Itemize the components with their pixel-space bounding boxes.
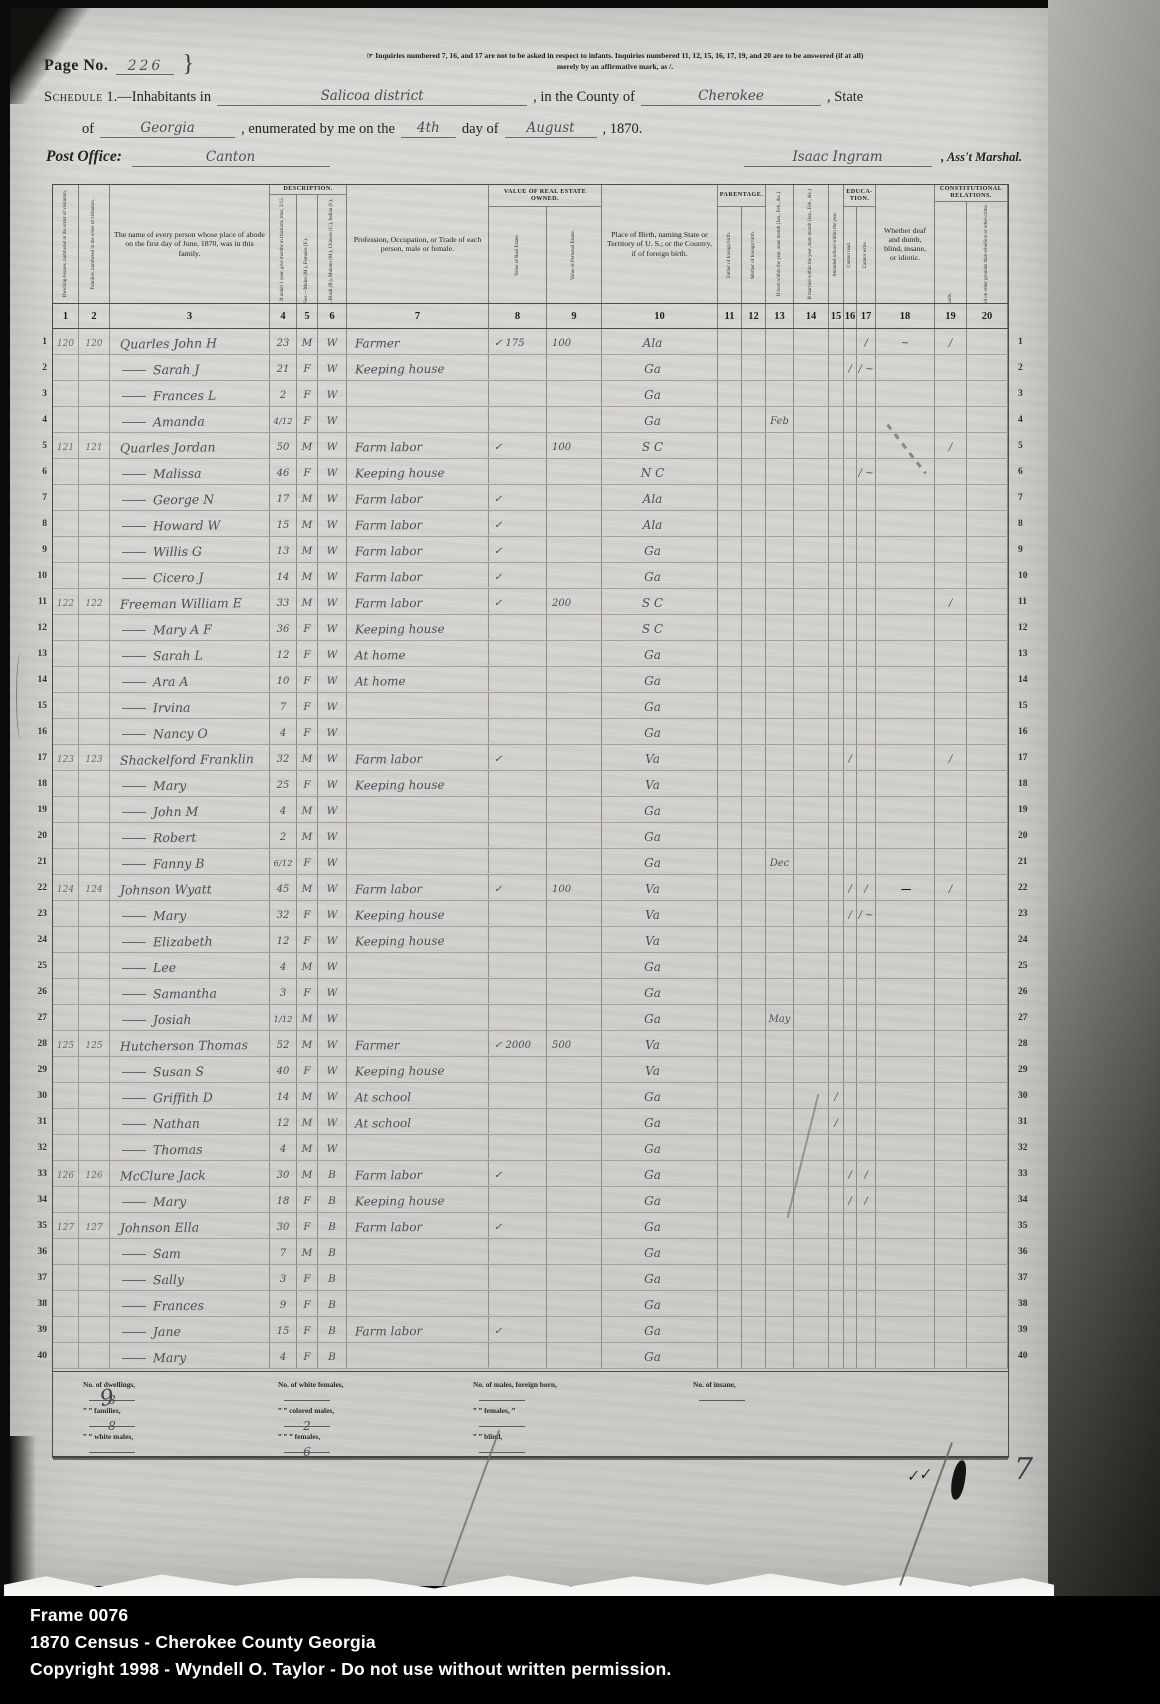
table-cell (489, 459, 547, 484)
table-cell (857, 1057, 876, 1082)
ditto-dash (122, 474, 146, 475)
table-cell (829, 511, 844, 536)
table-cell: ✓ (489, 1161, 547, 1186)
column-header-16: Cannot read. (844, 207, 857, 303)
row-number: 38 (1018, 1291, 1038, 1317)
table-row-25: Lee4MWGa (53, 953, 1008, 979)
row-number: 22 (1018, 875, 1038, 901)
table-cell (935, 1187, 967, 1212)
table-cell: F (297, 459, 318, 484)
row-number: 16 (30, 719, 47, 745)
row-number: 28 (30, 1031, 47, 1057)
table-cell (489, 719, 547, 744)
row-number: 27 (30, 1005, 47, 1031)
table-cell (829, 901, 844, 926)
table-cell (718, 563, 742, 588)
table-cell: Farm labor (347, 562, 489, 588)
table-cell: Ga (602, 1005, 718, 1030)
table-cell: 3 (270, 1265, 297, 1290)
table-cell (829, 1213, 844, 1238)
table-cell (347, 1290, 489, 1316)
table-cell (547, 1005, 602, 1030)
table-cell (844, 953, 857, 978)
person-name: Griffith D (153, 1091, 213, 1108)
table-cell (489, 1239, 547, 1264)
table-cell (876, 433, 935, 458)
table-cell: Ga (602, 693, 718, 718)
table-cell (79, 1005, 110, 1030)
table-cell: Ga (602, 797, 718, 822)
table-cell (829, 563, 844, 588)
table-cell (547, 459, 602, 484)
table-cell (742, 1343, 766, 1368)
table-cell: M (297, 1239, 318, 1264)
table-cell: M (297, 433, 318, 458)
table-cell (718, 1187, 742, 1212)
table-cell: / (935, 589, 967, 614)
table-cell (844, 1109, 857, 1134)
summary-label: ” ” colored males, (278, 1406, 334, 1415)
table-cell: Ga (602, 1265, 718, 1290)
summary-item: No. of males, foreign born, (473, 1380, 557, 1407)
table-cell (718, 1317, 742, 1342)
table-cell (742, 979, 766, 1004)
person-name: Samantha (153, 987, 217, 1004)
row-number: 36 (1018, 1239, 1038, 1265)
row-number: 33 (1018, 1161, 1038, 1187)
post-office-blank: Canton (132, 149, 330, 167)
table-cell: 2 (270, 823, 297, 848)
table-cell: Keeping house (347, 1056, 489, 1082)
table-cell: 40 (270, 1057, 297, 1082)
person-name: John M (153, 805, 199, 822)
note-line2: merely by an affirmative mark, as /. (557, 62, 673, 71)
year-label: , 1870. (603, 121, 643, 138)
table-cell (967, 901, 1008, 926)
row-number: 24 (30, 927, 47, 953)
row-number: 38 (30, 1291, 47, 1317)
scan-edge-shade (1048, 0, 1160, 1600)
census-table: Dwelling-houses, numbered in the order o… (52, 184, 1009, 1458)
table-cell: W (318, 901, 347, 926)
table-cell (935, 641, 967, 666)
table-cell (547, 1135, 602, 1160)
table-cell: 32 (270, 901, 297, 926)
table-cell (742, 1057, 766, 1082)
table-cell (766, 1187, 794, 1212)
page-number-line: Page No. 226 } (44, 48, 194, 75)
table-cell (53, 563, 79, 588)
table-cell (766, 823, 794, 848)
name-cell: Howard W (110, 511, 270, 536)
table-cell (829, 1005, 844, 1030)
column-number: 11 (718, 304, 742, 328)
table-cell (53, 381, 79, 406)
table-cell (547, 1083, 602, 1108)
ditto-dash (122, 838, 146, 839)
table-cell (857, 1239, 876, 1264)
row-number: 3 (30, 381, 47, 407)
table-cell (857, 511, 876, 536)
table-cell: / (844, 1161, 857, 1186)
table-cell (766, 745, 794, 770)
summary-item: No. of white females, (278, 1380, 343, 1407)
month-value: August (526, 120, 574, 136)
row-number: 3 (1018, 381, 1038, 407)
table-cell (844, 1317, 857, 1342)
table-cell (53, 797, 79, 822)
table-cell: M (297, 1161, 318, 1186)
table-cell (876, 615, 935, 640)
table-cell: F (297, 1187, 318, 1212)
column-header-13: If born within the year, state month (Ja… (766, 185, 794, 303)
census-form-paper: Page No. 226 } ☞ Inquiries numbered 7, 1… (10, 8, 1048, 1586)
name-cell: Sally (110, 1265, 270, 1290)
table-cell (876, 381, 935, 406)
summary-value: 8 (108, 1419, 116, 1433)
row-number: 30 (1018, 1083, 1038, 1109)
header-group-label: Description. (270, 185, 347, 195)
table-cell (766, 1213, 794, 1238)
name-cell: Hutcherson Thomas (110, 1031, 270, 1056)
table-cell: Ga (602, 1161, 718, 1186)
table-cell (967, 1161, 1008, 1186)
column-header-11: Father of foreign birth. (718, 207, 742, 303)
name-cell: Irvina (110, 693, 270, 718)
county-label: , in the County of (533, 89, 635, 106)
table-cell (794, 537, 829, 562)
table-cell: Farm labor (347, 1212, 489, 1238)
table-cell: ⎯⎯ (876, 875, 935, 900)
table-cell (53, 901, 79, 926)
person-name: Mary (153, 779, 186, 796)
person-name: Howard W (153, 519, 221, 536)
table-row-24: Elizabeth12FWKeeping houseVa (53, 927, 1008, 953)
table-cell (489, 407, 547, 432)
table-cell (794, 1343, 829, 1368)
row-number: 30 (30, 1083, 47, 1109)
table-cell (794, 927, 829, 952)
table-cell: W (318, 745, 347, 770)
ditto-dash (122, 552, 146, 553)
table-row-4: Amanda4/12FWGaFeb (53, 407, 1008, 433)
row-number: 7 (1018, 485, 1038, 511)
table-cell: M (297, 485, 318, 510)
table-cell: F (297, 901, 318, 926)
row-number: 10 (1018, 563, 1038, 589)
table-cell (967, 1083, 1008, 1108)
table-cell (79, 1239, 110, 1264)
table-cell (794, 823, 829, 848)
table-cell (547, 355, 602, 380)
table-cell (857, 1317, 876, 1342)
table-cell (876, 1265, 935, 1290)
table-cell (857, 771, 876, 796)
table-cell (489, 797, 547, 822)
table-cell: W (318, 797, 347, 822)
table-row-29: Susan S40FWKeeping houseVa (53, 1057, 1008, 1083)
table-cell (794, 1161, 829, 1186)
ditto-dash (122, 656, 146, 657)
column-number: 16 (844, 304, 857, 328)
post-office-label: Post Office: (46, 148, 122, 165)
table-cell (844, 849, 857, 874)
table-row-8: Howard W15MWFarm labor✓Ala (53, 511, 1008, 537)
table-cell: 18 (270, 1187, 297, 1212)
table-cell (935, 485, 967, 510)
summary-blank: 8 (89, 1389, 135, 1401)
table-cell (844, 797, 857, 822)
name-cell: Fanny B (110, 849, 270, 874)
table-cell: W (318, 355, 347, 380)
table-cell (742, 1083, 766, 1108)
table-cell (857, 745, 876, 770)
column-number: 15 (829, 304, 844, 328)
table-cell: Ga (602, 719, 718, 744)
table-cell: Va (602, 1031, 718, 1056)
table-cell: / (844, 355, 857, 380)
summary-label: No. of males, foreign born, (473, 1380, 557, 1389)
table-row-6: Malissa46FWKeeping houseN C/ ~ (53, 459, 1008, 485)
column-header-19: Male Citizens of U. S. of 21 years of ag… (935, 202, 967, 303)
table-cell (794, 901, 829, 926)
name-cell: Mary (110, 771, 270, 796)
ditto-dash (122, 370, 146, 371)
person-name: Nancy O (153, 727, 208, 744)
table-cell: M (297, 745, 318, 770)
person-name: Elizabeth (153, 935, 213, 952)
scan-corner-shadow-bottomleft (10, 1436, 36, 1588)
table-cell (53, 1265, 79, 1290)
table-cell (967, 563, 1008, 588)
table-cell (718, 537, 742, 562)
table-cell (547, 1239, 602, 1264)
header-group-label: Parentage. (718, 185, 766, 207)
header-group: Educa- tion.Cannot read.Cannot write. (844, 185, 876, 303)
table-cell (489, 615, 547, 640)
table-cell (876, 589, 935, 614)
table-cell: W (318, 927, 347, 952)
table-cell (829, 953, 844, 978)
person-name: Ara A (153, 675, 189, 692)
table-cell (489, 381, 547, 406)
table-cell (718, 797, 742, 822)
table-cell (742, 953, 766, 978)
ditto-dash (122, 630, 146, 631)
table-cell (742, 1135, 766, 1160)
table-cell (844, 979, 857, 1004)
row-number: 2 (1018, 355, 1038, 381)
name-cell: Samantha (110, 979, 270, 1004)
table-cell (794, 1187, 829, 1212)
person-name: Quarles Jordan (120, 441, 216, 459)
row-number: 4 (1018, 407, 1038, 433)
table-cell: F (297, 1291, 318, 1316)
table-cell: W (318, 771, 347, 796)
right-row-numbers: 1234567891011121314151617181920212223242… (1014, 329, 1038, 1369)
table-cell (794, 693, 829, 718)
table-cell (935, 615, 967, 640)
name-cell: Shackelford Franklin (110, 745, 270, 770)
table-cell (857, 1265, 876, 1290)
row-number: 32 (30, 1135, 47, 1161)
table-cell (967, 875, 1008, 900)
column-number: 20 (967, 304, 1008, 328)
table-cell: F (297, 1317, 318, 1342)
table-cell (857, 1291, 876, 1316)
table-cell (794, 1057, 829, 1082)
table-cell (766, 1109, 794, 1134)
person-name: Nathan (153, 1117, 200, 1134)
table-cell (53, 1187, 79, 1212)
table-row-40: Mary4FBGa (53, 1343, 1008, 1369)
row-number: 40 (1018, 1343, 1038, 1369)
table-cell: 30 (270, 1161, 297, 1186)
table-cell (547, 797, 602, 822)
table-cell (876, 407, 935, 432)
table-cell (547, 1187, 602, 1212)
ditto-dash (122, 1254, 146, 1255)
table-cell (742, 745, 766, 770)
table-cell (53, 459, 79, 484)
table-cell (794, 1213, 829, 1238)
caption-bar: Frame 0076 1870 Census - Cherokee County… (0, 1596, 1160, 1704)
table-cell: ✓ (489, 1317, 547, 1342)
summary-item: ” ” ” females,6 (278, 1432, 330, 1459)
table-cell (766, 953, 794, 978)
header-group: Constitutional Relations.Male Citizens o… (935, 185, 1008, 303)
table-cell: / (857, 1161, 876, 1186)
table-cell: 6/12 (270, 849, 297, 874)
table-cell (844, 693, 857, 718)
table-cell (766, 485, 794, 510)
table-cell (718, 667, 742, 692)
table-cell (844, 1031, 857, 1056)
row-number: 27 (1018, 1005, 1038, 1031)
table-cell (53, 355, 79, 380)
row-number: 11 (30, 589, 47, 615)
table-cell (829, 667, 844, 692)
table-cell (829, 849, 844, 874)
table-cell (967, 1343, 1008, 1368)
table-cell (876, 979, 935, 1004)
page-no-value: 226 (116, 58, 174, 75)
table-cell: 500 (547, 1031, 602, 1056)
table-cell (547, 1109, 602, 1134)
table-cell (53, 1317, 79, 1342)
name-cell: Freeman William E (110, 589, 270, 614)
table-cell: 17 (270, 485, 297, 510)
summary-label: ” ” females, ” (473, 1406, 525, 1415)
table-cell (742, 1213, 766, 1238)
table-cell (935, 1265, 967, 1290)
table-cell (829, 485, 844, 510)
table-cell (766, 693, 794, 718)
table-cell: Ga (602, 953, 718, 978)
table-cell (935, 901, 967, 926)
note-line1: ☞ Inquiries numbered 7, 16, and 17 are n… (367, 51, 864, 60)
table-cell (935, 537, 967, 562)
table-cell (766, 1265, 794, 1290)
table-cell: Va (602, 771, 718, 796)
table-cell: ✓ (489, 745, 547, 770)
county-blank: Cherokee (641, 88, 821, 106)
table-cell (79, 485, 110, 510)
table-cell (79, 719, 110, 744)
table-cell (876, 745, 935, 770)
table-cell (794, 849, 829, 874)
table-cell (718, 615, 742, 640)
table-cell (742, 1031, 766, 1056)
caption-frame: Frame 0076 (30, 1602, 1160, 1629)
person-name: George N (153, 493, 214, 510)
table-cell (829, 537, 844, 562)
table-cell: ✓ (489, 433, 547, 458)
table-cell (547, 485, 602, 510)
table-cell (857, 953, 876, 978)
table-cell (766, 901, 794, 926)
table-cell (935, 1005, 967, 1030)
table-cell: ✓ (489, 563, 547, 588)
state-blank: Georgia (100, 120, 235, 138)
table-cell (53, 667, 79, 692)
column-number: 2 (79, 304, 110, 328)
table-cell (766, 979, 794, 1004)
table-cell (967, 667, 1008, 692)
table-row-3: Frances L2FWGa (53, 381, 1008, 407)
table-cell (967, 771, 1008, 796)
table-cell: Ga (602, 537, 718, 562)
table-cell (79, 953, 110, 978)
table-cell: / (844, 875, 857, 900)
table-cell: Ga (602, 355, 718, 380)
table-cell: / (857, 1187, 876, 1212)
table-cell (718, 823, 742, 848)
table-cell (742, 1317, 766, 1342)
table-row-1: 120120Quarles John H23MWFarmer✓ 175100Al… (53, 329, 1008, 355)
row-number: 40 (30, 1343, 47, 1369)
table-cell: 12 (270, 1109, 297, 1134)
table-cell: 45 (270, 875, 297, 900)
row-number: 2 (30, 355, 47, 381)
person-name: Robert (153, 831, 197, 848)
table-cell (718, 1135, 742, 1160)
column-number: 10 (602, 304, 718, 328)
table-cell: 125 (53, 1031, 79, 1056)
table-cell: W (318, 433, 347, 458)
table-cell (967, 1239, 1008, 1264)
table-cell (829, 1187, 844, 1212)
table-cell (718, 953, 742, 978)
table-row-27: Josiah1/12MWGaMay (53, 1005, 1008, 1031)
table-cell (829, 329, 844, 354)
table-cell (742, 667, 766, 692)
table-cell (79, 407, 110, 432)
row-number: 15 (1018, 693, 1038, 719)
table-row-9: Willis G13MWFarm labor✓Ga (53, 537, 1008, 563)
table-cell (547, 823, 602, 848)
person-name: Susan S (153, 1065, 204, 1082)
column-number: 9 (547, 304, 602, 328)
table-cell (718, 407, 742, 432)
table-cell (718, 589, 742, 614)
table-cell (857, 1031, 876, 1056)
table-cell: 127 (79, 1213, 110, 1238)
table-cell: 2 (270, 381, 297, 406)
table-cell: W (318, 667, 347, 692)
table-cell (742, 485, 766, 510)
table-cell (489, 1005, 547, 1030)
